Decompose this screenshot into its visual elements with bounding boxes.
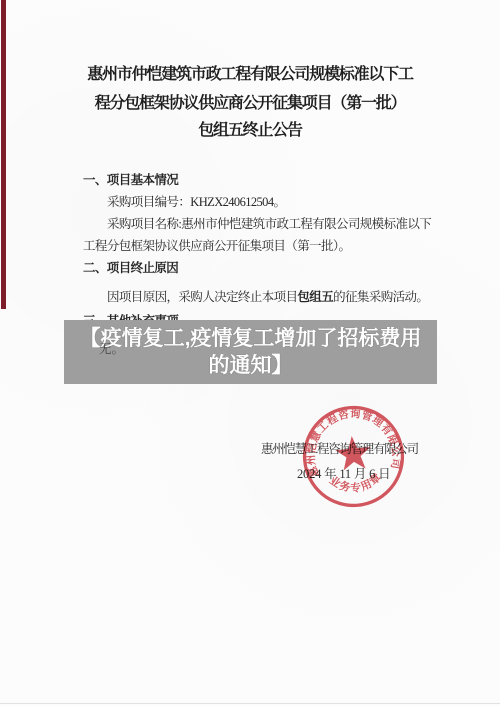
notice-title-line-1: 惠州市仲恺建筑市政工程有限公司规模标准以下工 xyxy=(0,61,500,84)
seal-bottom-text: 业务专用章 xyxy=(326,469,386,497)
svg-text:业务专用章: 业务专用章 xyxy=(326,469,386,497)
termination-reason-post: 的征集采购活动。 xyxy=(333,290,428,304)
termination-reason-package-name: 包组五 xyxy=(297,290,333,304)
section-1-heading: 一、项目基本情况 xyxy=(83,170,178,188)
notice-title-line-3: 包组五终止公告 xyxy=(0,117,500,140)
star-icon xyxy=(334,434,372,471)
purchase-name-line-2: 工程分包框架协议供应商公开征集项目（第一批）。 xyxy=(83,236,350,254)
termination-reason-pre: 因项目原因，采购人决定终止本项目 xyxy=(107,290,297,304)
left-edge-red-stripe xyxy=(1,0,6,309)
termination-reason-line: 因项目原因，采购人决定终止本项目包组五的征集采购活动。 xyxy=(107,287,428,305)
page-bottom-scan-edge xyxy=(0,703,500,704)
scanned-notice-page: 惠州市仲恺建筑市政工程有限公司规模标准以下工 程分包框架协议供应商公开征集项目（… xyxy=(0,0,500,706)
purchase-name-line-1: 采购项目名称:惠州市仲恺建筑市政工程有限公司规模标准以下 xyxy=(107,214,431,232)
section-3-content: 无。 xyxy=(99,339,124,357)
section-2-heading: 二、项目终止原因 xyxy=(83,258,178,276)
red-company-seal: 惠州恺慧工程咨询管理有限公司 业务专用章 xyxy=(298,401,410,513)
purchase-number-line: 采购项目编号：KHZX240612504。 xyxy=(107,192,285,210)
notice-title-line-2: 程分包框架协议供应商公开征集项目（第一批） xyxy=(0,90,500,113)
